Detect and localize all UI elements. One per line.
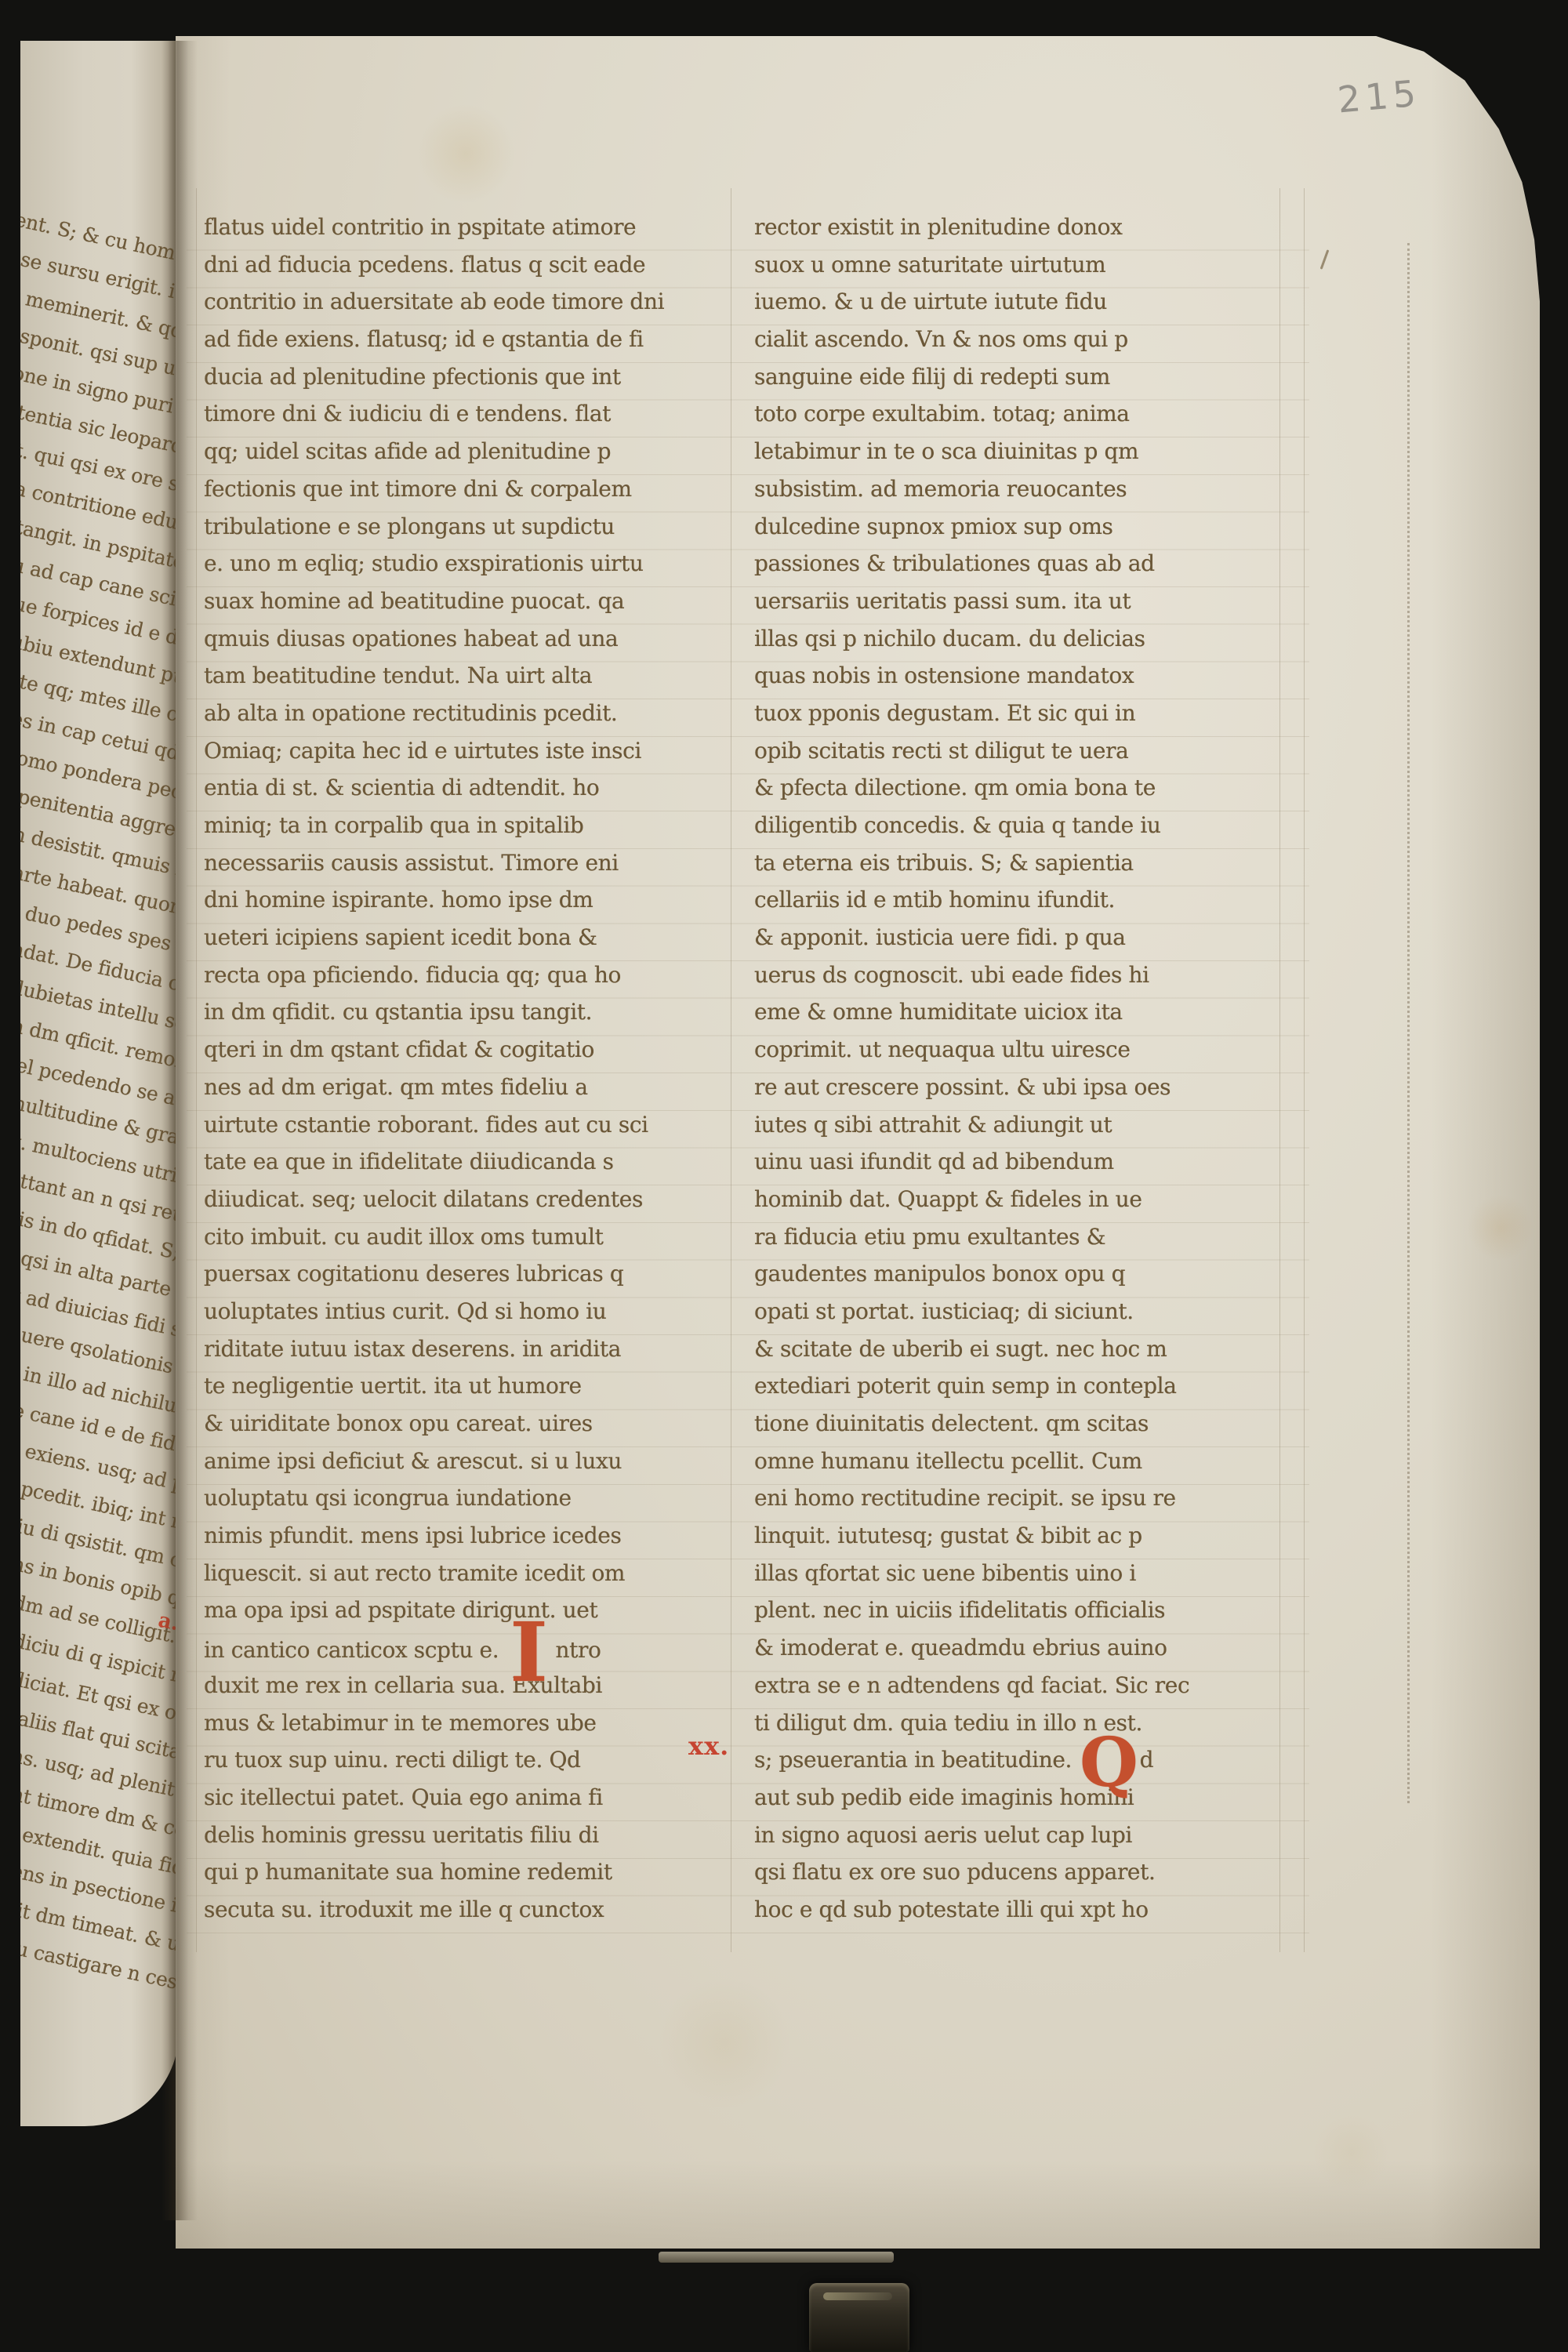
manuscript-text-line: linquit. iututesq; gustat & bibit ac p [754,1517,1272,1555]
right-text-column: rector existit in plenitudine donoxsuox … [754,209,1272,1929]
manuscript-text-line: cito imbuit. cu audit illox oms tumult [204,1218,713,1256]
manuscript-text-line: extediari poterit quin semp in contepla [754,1367,1272,1405]
manuscript-text-line: opib scitatis recti st diligut te uera [754,732,1272,770]
manuscript-text-line: eni homo rectitudine recipit. se ipsu re [754,1479,1272,1517]
manuscript-text-line: tribulatione e se plongans ut supdictu [204,508,713,546]
manuscript-text-line: liquescit. si aut recto tramite icedit o… [204,1555,713,1592]
manuscript-text-line: necessariis causis assistut. Timore eni [204,844,713,882]
manuscript-text-line: re aut crescere possint. & ubi ipsa oes [754,1069,1272,1106]
manuscript-text-line: tate ea que in ifidelitate diiudicanda s [204,1143,713,1181]
manuscript-text-line: uoluptates intius curit. Qd si homo iu [204,1293,713,1330]
manuscript-text-line: te negligentie uertit. ita ut humore [204,1367,713,1405]
manuscript-text-line: extra se e n adtendens qd faciat. Sic re… [754,1667,1272,1704]
manuscript-text-line: delis hominis gressu ueritatis filiu di [204,1817,713,1854]
vertical-ruling [1279,188,1280,1952]
manuscript-text-line: illas qsi p nichilo ducam. du delicias [754,620,1272,658]
manuscript-text-line: e. uno m eqliq; studio exspirationis uir… [204,545,713,583]
manuscript-text-line: tuox pponis degustam. Et sic qui in [754,695,1272,732]
manuscript-text-line: qq; uidel scitas afide ad plenitudine p [204,433,713,470]
quire-mark-xx: xx. [688,1731,729,1761]
manuscript-text-line: ab alta in opatione rectitudinis pcedit. [204,695,713,732]
manuscript-text-line: ra fiducia etiu pmu exultantes & [754,1218,1272,1256]
manuscript-text-line: qsi flatu ex ore suo pducens apparet. [754,1853,1272,1891]
manuscript-text-line: uersariis ueritatis passi sum. ita ut [754,583,1272,620]
gutter-shadow [162,41,198,2220]
manuscript-text-line: Omiaq; capita hec id e uirtutes iste ins… [204,732,713,770]
manuscript-text-line: mus & letabimur in te memores ube [204,1704,713,1742]
vertical-ruling [1304,188,1305,1952]
manuscript-text-line: miniq; ta in corpalib qua in spitalib [204,807,713,844]
manuscript-text-line: iutes q sibi attrahit & adiungit ut [754,1106,1272,1144]
manuscript-text-line: ta eterna eis tribuis. S; & sapientia [754,844,1272,882]
manuscript-text-line: rector existit in plenitudine donox [754,209,1272,246]
manuscript-text-line: anime ipsi deficiut & arescut. si u luxu [204,1443,713,1480]
manuscript-text-line: cellariis id e mtib hominu ifundit. [754,881,1272,919]
manuscript-text-line: suox u omne saturitate uirtutum [754,246,1272,284]
page-edge-sliver [659,2252,894,2263]
manuscript-text-line: omne humanu itellectu pcellit. Cum [754,1443,1272,1480]
manuscript-text-line: puersax cogitationu deseres lubricas q [204,1255,713,1293]
manuscript-text-line: quas nobis in ostensione mandatox [754,657,1272,695]
manuscript-photo: { "photo": { "folio_number": "215", "qui… [0,0,1568,2352]
manuscript-text-line: uirtute cstantie roborant. fides aut cu … [204,1106,713,1144]
manuscript-text-line: ueteri icipiens sapient icedit bona & [204,919,713,956]
manuscript-text-line: plent. nec in uiciis ifidelitatis offici… [754,1592,1272,1629]
manuscript-text-line: nimis pfundit. mens ipsi lubrice icedes [204,1517,713,1555]
manuscript-text-line: in signo aquosi aeris uelut cap lupi [754,1817,1272,1854]
manuscript-text-line: dni ad fiducia pcedens. flatus q scit ea… [204,246,713,284]
vertical-ruling [731,188,731,1952]
manuscript-text-line: letabimur in te o sca diuinitas p qm [754,433,1272,470]
manuscript-text-line: ma opa ipsi ad pspitate dirigunt. uet [204,1592,713,1629]
manuscript-text-line: ti diligut dm. quia tediu in illo n est. [754,1704,1272,1742]
manuscript-text-line: ru tuox sup uinu. recti diligt te. Qd [204,1741,713,1779]
manuscript-text-line: in dm qfidit. cu qstantia ipsu tangit. [204,993,713,1031]
manuscript-text-line: ducia ad plenitudine pfectionis que int [204,358,713,396]
manuscript-text-line: tam beatitudine tendut. Na uirt alta [204,657,713,695]
manuscript-text-line: diligentib concedis. & quia q tande iu [754,807,1272,844]
manuscript-text-line: subsistim. ad memoria reuocantes [754,470,1272,508]
manuscript-text-line: coprimit. ut nequaqua ultu uiresce [754,1031,1272,1069]
manuscript-text-line: aut sub pedib eide imaginis homini [754,1779,1272,1817]
pricking-dots [1407,243,1411,1803]
manuscript-text-line: & uiriditate bonox opu careat. uires [204,1405,713,1443]
manuscript-text-line: opati st portat. iusticiaq; di siciunt. [754,1293,1272,1330]
manuscript-text-line: flatus uidel contritio in pspitate atimo… [204,209,713,246]
manuscript-text-line: toto corpe exultabim. totaq; anima [754,395,1272,433]
manuscript-text-line: ad fide exiens. flatusq; id e qstantia d… [204,321,713,358]
manuscript-text-line: in cantico canticox scptu e.Intro [204,1629,713,1667]
manuscript-text-line: recta opa pficiendo. fiducia qq; qua ho [204,956,713,994]
manuscript-text-line: riditate iutuu istax deserens. in aridit… [204,1330,713,1368]
manuscript-text-line: qmuis diusas opationes habeat ad una [204,620,713,658]
manuscript-text-line: contritio in aduersitate ab eode timore … [204,283,713,321]
manuscript-text-line: entia di st. & scientia di adtendit. ho [204,769,713,807]
manuscript-text-line: dulcedine supnox pmiox sup oms [754,508,1272,546]
manuscript-text-line: fectionis que int timore dni & corpalem [204,470,713,508]
manuscript-text-line: dni homine ispirante. homo ipse dm [204,881,713,919]
manuscript-text-line: timore dni & iudiciu di e tendens. flat [204,395,713,433]
binding-clasp [809,2283,909,2352]
manuscript-text-line: uerus ds cognoscit. ubi eade fides hi [754,956,1272,994]
manuscript-text-line: eme & omne humiditate uiciox ita [754,993,1272,1031]
manuscript-text-line: nes ad dm erigat. qm mtes fideliu a [204,1069,713,1106]
manuscript-text-line: uoluptatu qsi icongrua iundatione [204,1479,713,1517]
left-text-column: flatus uidel contritio in pspitate atimo… [204,209,713,1929]
folio-number: 215 [1336,71,1422,121]
manuscript-text-line: & apponit. iusticia uere fidi. p qua [754,919,1272,956]
manuscript-text-line: hominib dat. Quappt & fideles in ue [754,1181,1272,1218]
previous-page-edge: etarent. S; & cu homo uisue, se sursu er… [20,41,179,2126]
manuscript-text-line: sic itellectui patet. Quia ego anima fi [204,1779,713,1817]
manuscript-text-line: qui p humanitate sua homine redemit [204,1853,713,1891]
manuscript-text-line: hoc e qd sub potestate illi qui xpt ho [754,1891,1272,1929]
manuscript-text-line: qteri in dm qstant cfidat & cogitatio [204,1031,713,1069]
manuscript-text-line: & imoderat e. queadmdu ebrius auino [754,1629,1272,1667]
manuscript-text-line: cialit ascendo. Vn & nos oms qui p [754,321,1272,358]
manuscript-text-line: tione diuinitatis delectent. qm scitas [754,1405,1272,1443]
manuscript-text-line: duxit me rex in cellaria sua. Exultabi [204,1667,713,1704]
manuscript-text-line: diiudicat. seq; uelocit dilatans credent… [204,1181,713,1218]
manuscript-text-line: secuta su. itroduxit me ille q cunctox [204,1891,713,1929]
manuscript-text-line: s; pseuerantia in beatitudine.Qd [754,1741,1272,1779]
manuscript-text-line: suax homine ad beatitudine puocat. qa [204,583,713,620]
manuscript-text-line: & pfecta dilectione. qm omia bona te [754,769,1272,807]
manuscript-text-line: uinu uasi ifundit qd ad bibendum [754,1143,1272,1181]
manuscript-text-line: gaudentes manipulos bonox opu q [754,1255,1272,1293]
manuscript-text-line: iuemo. & u de uirtute iutute fidu [754,283,1272,321]
manuscript-text-line: sanguine eide filij di redepti sum [754,358,1272,396]
manuscript-text-line: passiones & tribulationes quas ab ad [754,545,1272,583]
manuscript-text-line: & scitate de uberib ei sugt. nec hoc m [754,1330,1272,1368]
manuscript-text-line: illas qfortat sic uene bibentis uino i [754,1555,1272,1592]
